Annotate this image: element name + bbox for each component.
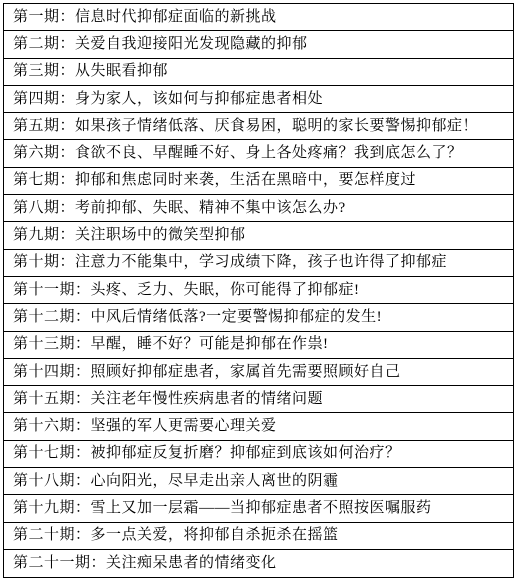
episode-title: 第十期：注意力不能集中，学习成绩下降，孩子也许得了抑郁症: [13, 255, 447, 270]
episode-title: 第九期：关注职场中的微笑型抑郁: [13, 228, 246, 243]
episode-title: 第十八期：心向阳光，尽早走出亲人离世的阴霾: [13, 474, 339, 489]
episode-title: 第十五期：关注老年慢性疾病患者的情绪问题: [13, 392, 323, 407]
episode-title: 第十四期：照顾好抑郁症患者，家属首先需要照顾好自己: [13, 365, 401, 380]
table-row: 第七期：抑郁和焦虑同时来袭，生活在黑暗中，要怎样度过: [4, 168, 513, 195]
episode-table: 第一期：信息时代抑郁症面临的新挑战第二期：关爱自我迎接阳光发现隐藏的抑郁第三期：…: [3, 3, 514, 578]
episode-title: 第八期：考前抑郁、失眠、精神不集中该怎么办?: [13, 201, 346, 216]
table-row: 第八期：考前抑郁、失眠、精神不集中该怎么办?: [4, 195, 513, 222]
table-row: 第十一期：头疼、乏力、失眠，你可能得了抑郁症!: [4, 277, 513, 304]
episode-title: 第十二期：中风后情绪低落?一定要警惕抑郁症的发生!: [13, 310, 382, 325]
table-row: 第四期：身为家人，该如何与抑郁症患者相处: [4, 86, 513, 113]
table-row: 第六期：食欲不良、早醒睡不好、身上各处疼痛？我到底怎么了？: [4, 140, 513, 167]
table-row: 第十九期：雪上又加一层霜——当抑郁症患者不照按医嘱服药: [4, 495, 513, 522]
table-row: 第十四期：照顾好抑郁症患者，家属首先需要照顾好自己: [4, 359, 513, 386]
episode-title: 第六期：食欲不良、早醒睡不好、身上各处疼痛？我到底怎么了？: [13, 146, 463, 161]
episode-title: 第十三期：早醒，睡不好？可能是抑郁在作祟!: [13, 337, 329, 352]
table-row: 第十期：注意力不能集中，学习成绩下降，孩子也许得了抑郁症: [4, 250, 513, 277]
table-row: 第十三期：早醒，睡不好？可能是抑郁在作祟!: [4, 332, 513, 359]
table-row: 第十五期：关注老年慢性疾病患者的情绪问题: [4, 386, 513, 413]
document-page: 第一期：信息时代抑郁症面临的新挑战第二期：关爱自我迎接阳光发现隐藏的抑郁第三期：…: [0, 0, 522, 586]
table-row: 第十二期：中风后情绪低落?一定要警惕抑郁症的发生!: [4, 304, 513, 331]
table-row: 第五期：如果孩子情绪低落、厌食易困，聪明的家长要警惕抑郁症！: [4, 113, 513, 140]
table-row: 第十七期：被抑郁症反复折磨？抑郁症到底该如何治疗？: [4, 441, 513, 468]
episode-title: 第二期：关爱自我迎接阳光发现隐藏的抑郁: [13, 37, 308, 52]
table-row: 第二十一期：关注痴呆患者的情绪变化: [4, 550, 513, 577]
episode-title: 第十六期：坚强的军人更需要心理关爱: [13, 419, 277, 434]
episode-title: 第十九期：雪上又加一层霜——当抑郁症患者不照按医嘱服药: [13, 501, 432, 516]
episode-title: 第二十期：多一点关爱，将抑郁自杀扼杀在摇篮: [13, 528, 339, 543]
episode-title: 第十一期：头疼、乏力、失眠，你可能得了抑郁症!: [13, 283, 360, 298]
episode-title: 第五期：如果孩子情绪低落、厌食易困，聪明的家长要警惕抑郁症！: [13, 119, 478, 134]
episode-title: 第十七期：被抑郁症反复折磨？抑郁症到底该如何治疗？: [13, 446, 401, 461]
table-row: 第一期：信息时代抑郁症面临的新挑战: [4, 4, 513, 31]
table-row: 第二十期：多一点关爱，将抑郁自杀扼杀在摇篮: [4, 523, 513, 550]
episode-title: 第二十一期：关注痴呆患者的情绪变化: [13, 556, 277, 571]
episode-title: 第一期：信息时代抑郁症面临的新挑战: [13, 10, 277, 25]
table-row: 第二期：关爱自我迎接阳光发现隐藏的抑郁: [4, 31, 513, 58]
table-row: 第十六期：坚强的军人更需要心理关爱: [4, 413, 513, 440]
table-row: 第十八期：心向阳光，尽早走出亲人离世的阴霾: [4, 468, 513, 495]
table-row: 第九期：关注职场中的微笑型抑郁: [4, 222, 513, 249]
table-row: 第三期：从失眠看抑郁: [4, 59, 513, 86]
episode-title: 第四期：身为家人，该如何与抑郁症患者相处: [13, 92, 323, 107]
episode-title: 第三期：从失眠看抑郁: [13, 64, 168, 79]
episode-title: 第七期：抑郁和焦虑同时来袭，生活在黑暗中，要怎样度过: [13, 173, 416, 188]
